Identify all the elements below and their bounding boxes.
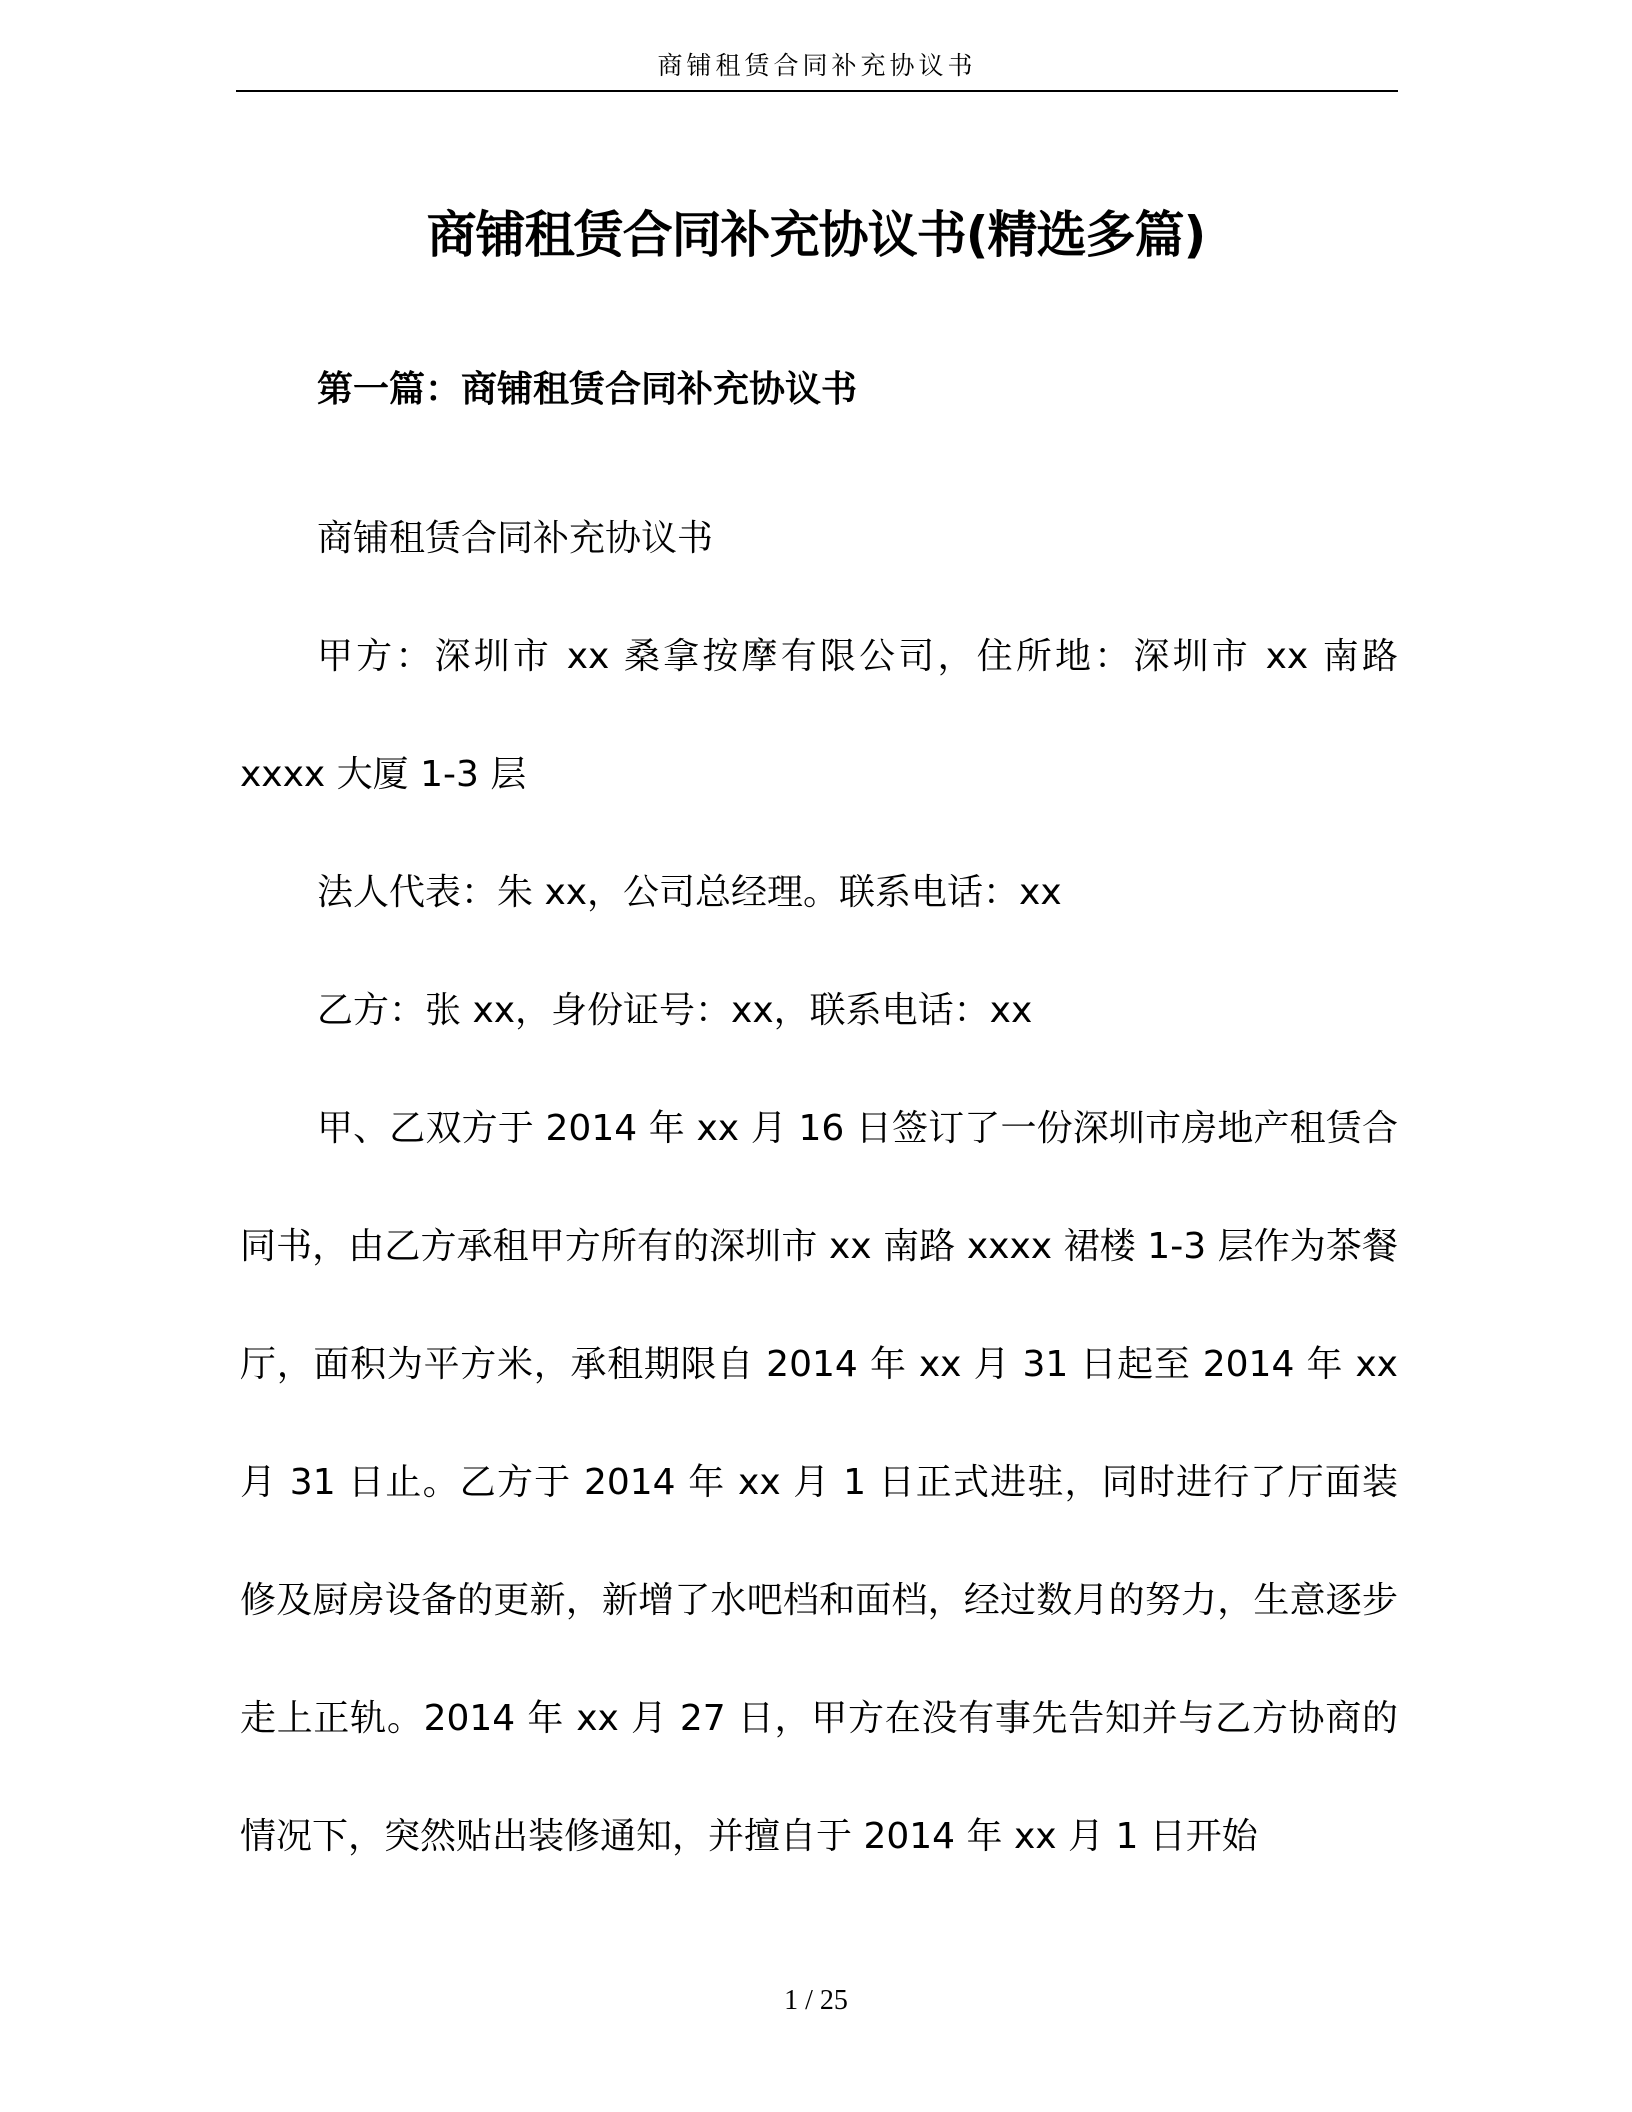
page-number: 1 / 25 (0, 1985, 1632, 2017)
paragraph-party-b: 乙方：张 xx，身份证号：xx，联系电话：xx (240, 952, 1398, 1070)
paragraph-background: 甲、乙双方于 2014 年 xx 月 16 日签订了一份深圳市房地产租赁合同书，… (240, 1070, 1398, 1896)
running-header-title: 商铺租赁合同补充协议书 (657, 51, 976, 80)
paragraph-party-a: 甲方：深圳市 xx 桑拿按摩有限公司，住所地：深圳市 xx 南路 xxxx 大厦… (240, 598, 1398, 834)
document-title: 商铺租赁合同补充协议书(精选多篇) (0, 200, 1632, 270)
running-header: 商铺租赁合同补充协议书 (236, 48, 1398, 92)
paragraph-legal-rep: 法人代表：朱 xx，公司总经理。联系电话：xx (240, 834, 1398, 952)
document-body: 商铺租赁合同补充协议书 甲方：深圳市 xx 桑拿按摩有限公司，住所地：深圳市 x… (240, 480, 1398, 1896)
paragraph-subtitle: 商铺租赁合同补充协议书 (240, 480, 1398, 598)
section-heading: 第一篇：商铺租赁合同补充协议书 (317, 365, 857, 415)
